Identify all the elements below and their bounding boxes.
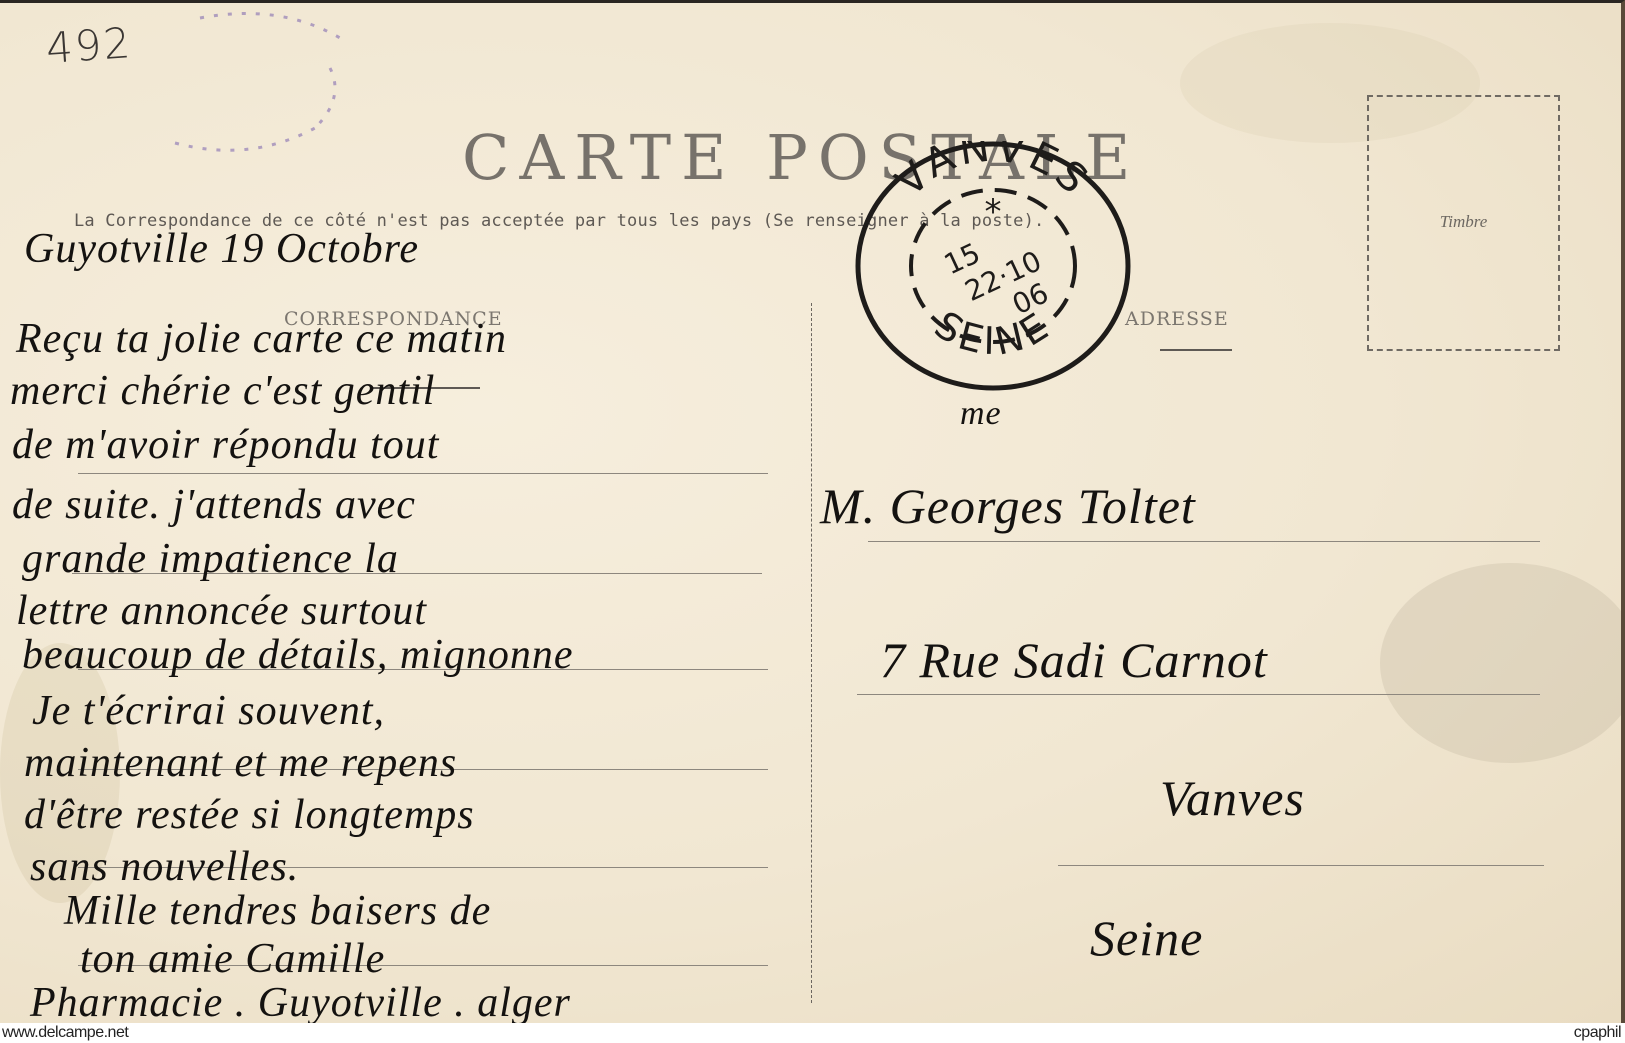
message-line: sans nouvelles. xyxy=(30,843,299,891)
inventory-number: 492 xyxy=(44,18,133,73)
watermark-bar: www.delcampe.net cpaphil xyxy=(0,1023,1625,1043)
message-line: Pharmacie . Guyotville . alger xyxy=(30,979,571,1023)
message-heading: Guyotville 19 Octobre xyxy=(24,225,419,273)
seller-watermark: cpaphil xyxy=(1574,1024,1621,1042)
address-recipient: M. Georges Toltet xyxy=(820,477,1196,535)
rule-line xyxy=(1058,865,1544,866)
message-signature: ton amie Camille xyxy=(80,935,385,983)
message-line: grande impatience la xyxy=(22,535,399,583)
postmark-star: * xyxy=(985,192,1002,232)
message-line: lettre annoncée surtout xyxy=(16,587,427,635)
message-line: de suite. j'attends avec xyxy=(12,481,416,529)
message-line: d'être restée si longtemps xyxy=(24,791,475,839)
message-line: maintenant et me repens xyxy=(24,739,457,787)
message-line: Je t'écrirai souvent, xyxy=(32,687,385,735)
postcard-back: 492 CARTE POSTALE La Correspondance de c… xyxy=(0,0,1625,1023)
rule-line xyxy=(78,473,768,474)
message-line: de m'avoir répondu tout xyxy=(12,421,439,469)
stamp-box-label: Timbre xyxy=(1369,212,1558,232)
stamp-box: Timbre xyxy=(1367,95,1560,351)
address-street: 7 Rue Sadi Carnot xyxy=(880,631,1268,689)
message-line: Mille tendres baisers de xyxy=(64,887,491,935)
vertical-divider xyxy=(811,303,812,1003)
address-label: ADRESSE xyxy=(1125,308,1229,330)
rule-line xyxy=(868,541,1540,542)
rule-line xyxy=(857,694,1540,695)
address-department: Seine xyxy=(1090,909,1203,967)
postmark: VANVES SEINE * 15 22·10 06 xyxy=(848,141,1138,391)
message-line: merci chérie c'est gentil xyxy=(10,367,435,415)
message-line: Reçu ta jolie carte ce matin xyxy=(16,315,507,363)
site-watermark: www.delcampe.net xyxy=(2,1024,128,1042)
address-city: Vanves xyxy=(1160,769,1305,827)
message-line: beaucoup de détails, mignonne xyxy=(22,631,574,679)
stain xyxy=(1380,563,1625,763)
address-prefix: me xyxy=(960,395,1002,433)
faint-ink-stamp xyxy=(130,8,360,158)
label-underline xyxy=(1160,349,1232,351)
